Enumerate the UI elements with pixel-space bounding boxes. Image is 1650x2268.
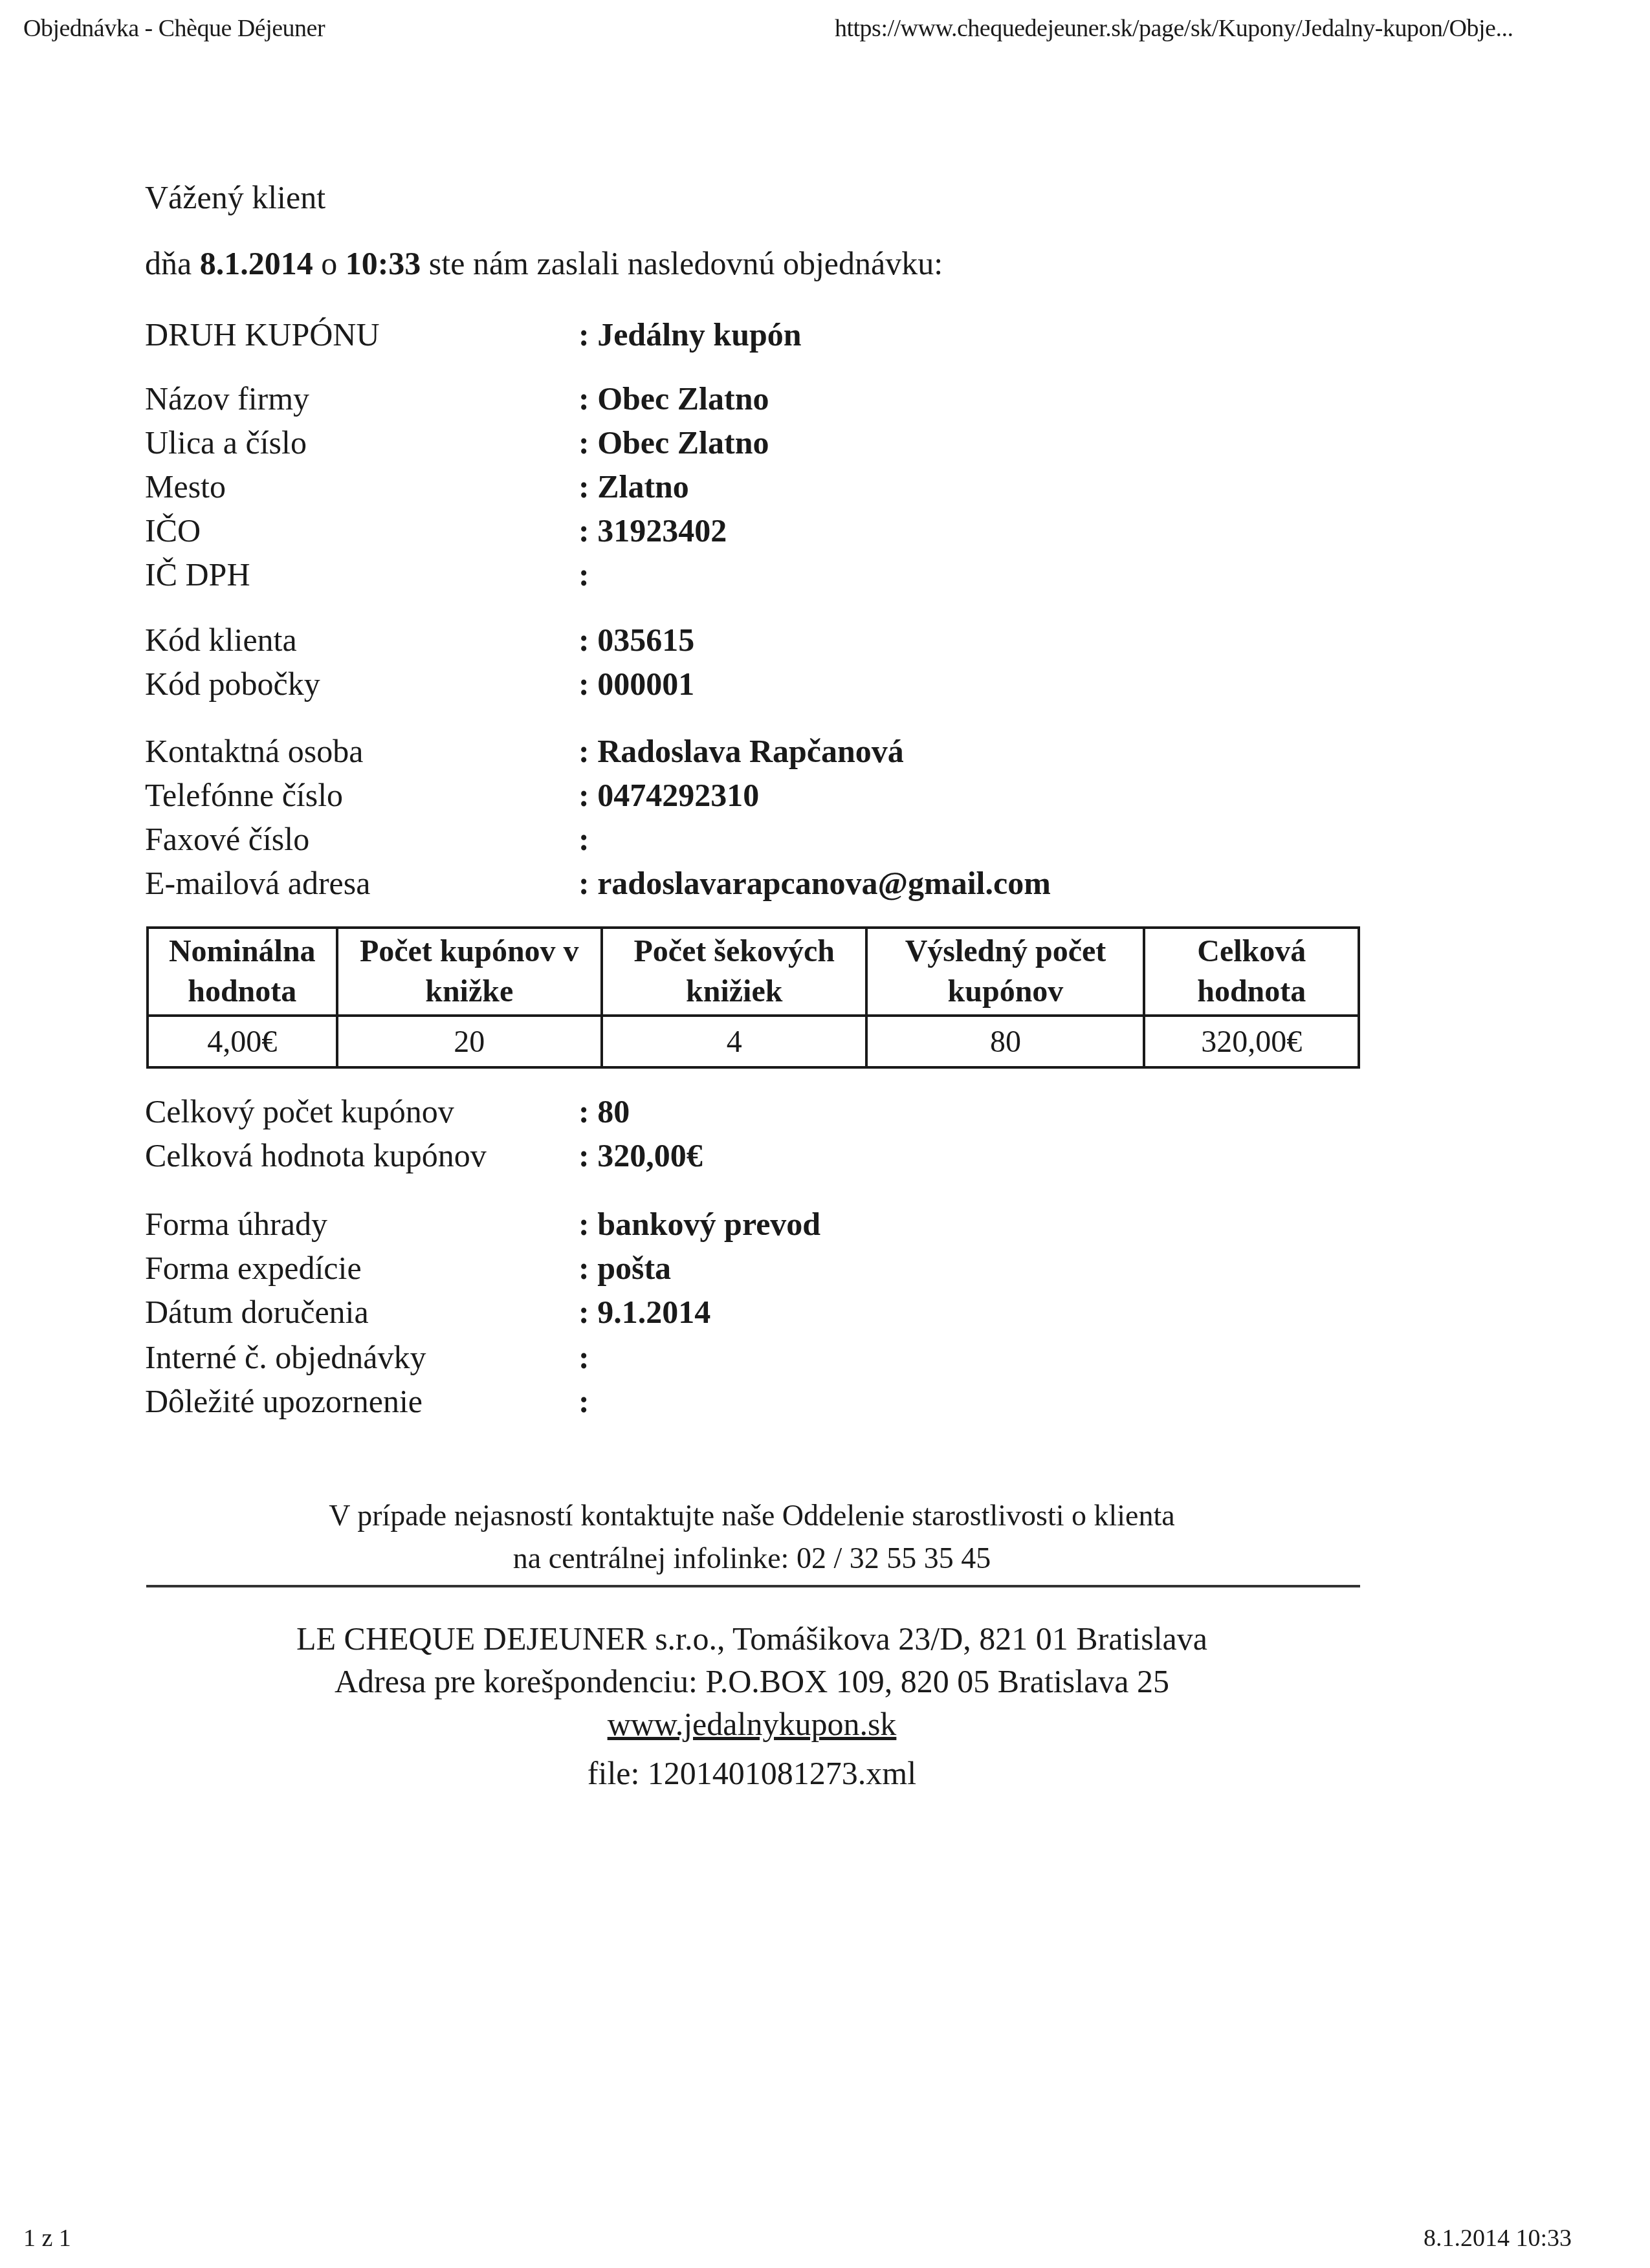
order-date: 8.1.2014	[200, 245, 313, 281]
intro-prefix: dňa	[145, 245, 200, 281]
notice-line: V prípade nejasností kontaktujte naše Od…	[145, 1494, 1359, 1537]
delivery-section: Forma úhrady: bankový prevod Forma exped…	[145, 1202, 820, 1334]
field-row: Kód pobočky: 000001	[145, 662, 694, 706]
field-value: : 0474292310	[578, 776, 759, 814]
field-label: Celková hodnota kupónov	[145, 1137, 578, 1174]
field-label: Forma úhrady	[145, 1205, 578, 1243]
field-row: Kontaktná osoba: Radoslava Rapčanová	[145, 729, 1051, 773]
column-header: Výsledný počet kupónov	[866, 928, 1144, 1016]
field-label: DRUH KUPÓNU	[145, 316, 578, 353]
field-row: Dôležité upozornenie:	[145, 1379, 589, 1423]
field-row: Forma úhrady: bankový prevod	[145, 1202, 820, 1246]
field-value: : pošta	[578, 1249, 671, 1287]
column-header: Celková hodnota	[1144, 928, 1359, 1016]
intro-mid: o	[313, 245, 346, 281]
field-label: Dátum doručenia	[145, 1293, 578, 1331]
field-value: :	[578, 1338, 589, 1376]
field-value: : bankový prevod	[578, 1205, 820, 1243]
field-row: Kód klienta: 035615	[145, 618, 694, 662]
field-value: :	[578, 556, 589, 593]
table-cell: 320,00€	[1144, 1016, 1359, 1067]
print-datetime: 8.1.2014 10:33	[1424, 2224, 1572, 2252]
field-row: Forma expedície: pošta	[145, 1246, 820, 1290]
field-row: Mesto: Zlatno	[145, 464, 769, 508]
coupon-table: Nominálna hodnota Počet kupónov v knižke…	[146, 926, 1360, 1069]
field-row: Telefónne číslo: 0474292310	[145, 773, 1051, 817]
intro-suffix: ste nám zaslali nasledovnú objednávku:	[421, 245, 943, 281]
field-value: : Zlatno	[578, 468, 689, 505]
field-label: Kód pobočky	[145, 665, 578, 703]
column-header: Nominálna hodnota	[148, 928, 337, 1016]
field-label: IČO	[145, 512, 578, 549]
field-label: Telefónne číslo	[145, 776, 578, 814]
field-row: Faxové číslo:	[145, 817, 1051, 861]
table-cell: 80	[866, 1016, 1144, 1067]
table-cell: 4,00€	[148, 1016, 337, 1067]
contact-section: Kontaktná osoba: Radoslava Rapčanová Tel…	[145, 729, 1051, 905]
field-label: Dôležité upozornenie	[145, 1382, 578, 1420]
field-value: : Radoslava Rapčanová	[578, 732, 904, 770]
field-row: Celková hodnota kupónov: 320,00€	[145, 1133, 703, 1177]
column-header: Počet šekových knižiek	[602, 928, 866, 1016]
field-value: : 035615	[578, 621, 694, 659]
field-value: : Jedálny kupón	[578, 316, 802, 353]
field-label: IČ DPH	[145, 556, 578, 593]
field-label: Mesto	[145, 468, 578, 505]
field-value: : 80	[578, 1093, 630, 1130]
field-label: Celkový počet kupónov	[145, 1093, 578, 1130]
field-row: Ulica a číslo: Obec Zlatno	[145, 420, 769, 464]
field-label: Názov firmy	[145, 380, 578, 417]
field-label: Faxové číslo	[145, 820, 578, 858]
table-cell: 4	[602, 1016, 866, 1067]
company-footer: LE CHEQUE DEJEUNER s.r.o., Tomášikova 23…	[145, 1617, 1359, 1745]
field-row: Dátum doručenia: 9.1.2014	[145, 1290, 820, 1334]
coupon-type-section: DRUH KUPÓNU : Jedálny kupón	[145, 312, 802, 356]
field-value: : radoslavarapcanova@gmail.com	[578, 864, 1051, 902]
company-address: LE CHEQUE DEJEUNER s.r.o., Tomášikova 23…	[145, 1617, 1359, 1660]
contact-notice: V prípade nejasností kontaktujte naše Od…	[145, 1494, 1359, 1580]
field-value: : Obec Zlatno	[578, 424, 769, 461]
field-value: :	[578, 1382, 589, 1420]
field-label: Kód klienta	[145, 621, 578, 659]
field-label: Forma expedície	[145, 1249, 578, 1287]
greeting: Vážený klient	[145, 179, 325, 216]
field-row: Celkový počet kupónov: 80	[145, 1089, 703, 1133]
order-time: 10:33	[346, 245, 421, 281]
field-row: Interné č. objednávky:	[145, 1335, 589, 1379]
field-row: Názov firmy: Obec Zlatno	[145, 376, 769, 420]
file-name: file: 1201401081273.xml	[145, 1754, 1359, 1792]
table-header-row: Nominálna hodnota Počet kupónov v knižke…	[148, 928, 1359, 1016]
field-row: E-mailová adresa: radoslavarapcanova@gma…	[145, 861, 1051, 905]
correspondence-address: Adresa pre korešpondenciu: P.O.BOX 109, …	[145, 1660, 1359, 1703]
company-section: Názov firmy: Obec Zlatno Ulica a číslo: …	[145, 376, 769, 596]
field-value: :	[578, 820, 589, 858]
notes-section: Interné č. objednávky: Dôležité upozorne…	[145, 1335, 589, 1423]
website-link[interactable]: www.jedalnykupon.sk	[608, 1706, 897, 1742]
field-value: : 9.1.2014	[578, 1293, 710, 1331]
codes-section: Kód klienta: 035615 Kód pobočky: 000001	[145, 618, 694, 706]
field-value: : 320,00€	[578, 1137, 703, 1174]
table-row: 4,00€ 20 4 80 320,00€	[148, 1016, 1359, 1067]
field-label: Ulica a číslo	[145, 424, 578, 461]
totals-section: Celkový počet kupónov: 80 Celková hodnot…	[145, 1089, 703, 1177]
print-header-url: https://www.chequedejeuner.sk/page/sk/Ku…	[835, 14, 1513, 43]
field-row: DRUH KUPÓNU : Jedálny kupón	[145, 312, 802, 356]
field-label: Kontaktná osoba	[145, 732, 578, 770]
field-label: E-mailová adresa	[145, 864, 578, 902]
divider	[146, 1585, 1360, 1587]
field-label: Interné č. objednávky	[145, 1338, 578, 1376]
field-value: : 000001	[578, 665, 694, 703]
intro-line: dňa 8.1.2014 o 10:33 ste nám zaslali nas…	[145, 245, 943, 282]
print-header-title: Objednávka - Chèque Déjeuner	[23, 14, 325, 43]
infoline-phone: na centrálnej infolinke: 02 / 32 55 35 4…	[145, 1537, 1359, 1580]
field-value: : 31923402	[578, 512, 727, 549]
table-cell: 20	[337, 1016, 602, 1067]
column-header: Počet kupónov v knižke	[337, 928, 602, 1016]
page-number: 1 z 1	[23, 2224, 71, 2252]
field-row: IČ DPH:	[145, 552, 769, 596]
field-row: IČO: 31923402	[145, 508, 769, 552]
field-value: : Obec Zlatno	[578, 380, 769, 417]
